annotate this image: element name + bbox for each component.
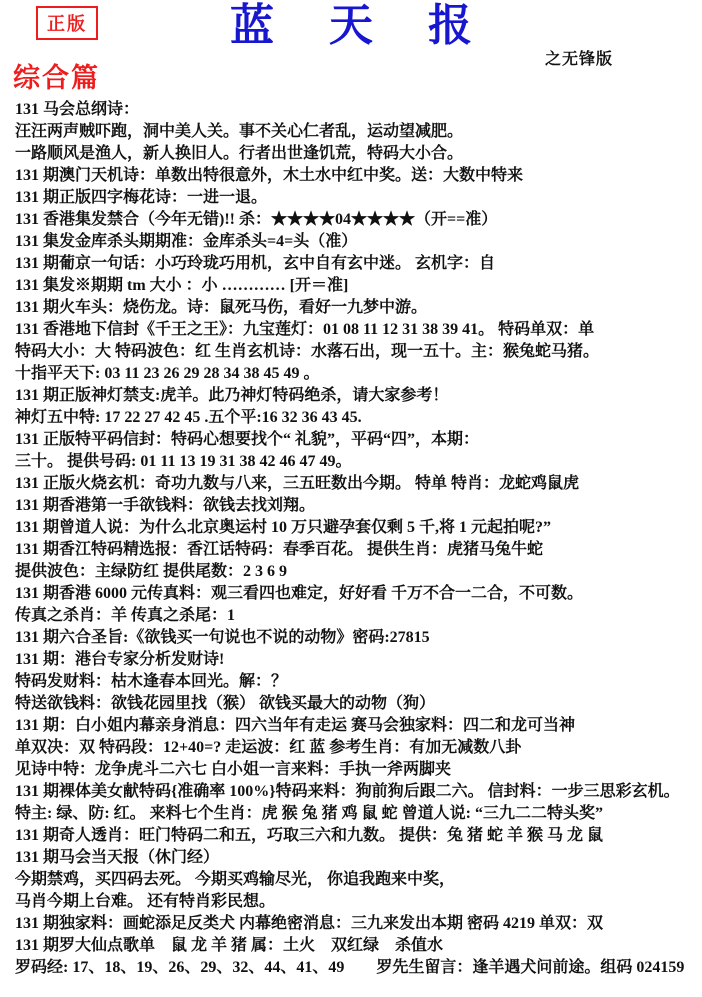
report-line: 三十。 提供号码: 01 11 13 19 31 38 42 46 47 49。	[15, 451, 698, 473]
report-line: 131 集发※期期 tm 大小 ：小 ………… [开＝准]	[15, 275, 698, 297]
report-line: 131 期正版神灯禁支:虎羊。此乃神灯特码绝杀，请大家参考！	[15, 385, 698, 407]
report-line: 131 期香江特码精选报：香江话特码：春季百花。 提供生肖：虎猪马兔牛蛇	[15, 539, 698, 561]
report-line: 131 期正版四字梅花诗：一进一退。	[15, 187, 698, 209]
report-line: 罗码经: 17、18、19、26、29、32、44、41、49 罗先生留言：逢羊…	[15, 957, 698, 979]
report-line: 今期禁鸡，买四码去死。 今期买鸡输尽光， 你追我跑来中奖，	[15, 869, 698, 891]
page-title: 蓝 天 报	[0, 0, 702, 52]
report-line: 特主: 绿、防: 红。 来料七个生肖：虎 猴 兔 猪 鸡 鼠 蛇 曾道人说: “…	[15, 803, 698, 825]
report-line: 131 期火车头：烧伤龙。诗：鼠死马伤，看好一九梦中游。	[15, 297, 698, 319]
report-line: 131 香港地下信封《千王之王》：九宝莲灯：01 08 11 12 31 38 …	[15, 319, 698, 341]
report-line: 131 马会总纲诗：	[15, 99, 698, 121]
report-line: 十指平天下: 03 11 23 26 29 28 34 38 45 49 。	[15, 363, 698, 385]
report-line: 131 期罗大仙点歌单 鼠 龙 羊 猪 属：土火 双红绿 杀值水	[15, 935, 698, 957]
report-line: 传真之杀肖：羊 传真之杀尾：1	[15, 605, 698, 627]
report-line: 131 期裸体美女献特码{准确率 100%}特码来料：狗前狗后跟二六。 信封料：…	[15, 781, 698, 803]
report-line: 一路顺风是渔人，新人换旧人。行者出世逢饥荒，特码大小合。	[15, 143, 698, 165]
report-line: 131 期独家料：画蛇添足反类犬 内幕绝密消息：三九来发出本期 密码 4219 …	[15, 913, 698, 935]
report-line: 131 期澳门天机诗：单数出特很意外，木土水中红中奖。送：大数中特来	[15, 165, 698, 187]
report-line: 131 期香港第一手欲钱料：欲钱去找刘翔。	[15, 495, 698, 517]
report-line: 见诗中特：龙争虎斗二六七 白小姐一言来料：手执一斧两脚夹	[15, 759, 698, 781]
report-line: 汪汪两声贼吓跑，洞中美人关。事不关心仁者乱，运动望减肥。	[15, 121, 698, 143]
report-line: 单双决：双 特码段：12+40=? 走运波：红 蓝 参考生肖：有加无减数八卦	[15, 737, 698, 759]
report-line: 提供波色：主绿防红 提供尾数：2 3 6 9	[15, 561, 698, 583]
report-line: 特码大小：大 特码波色：红 生肖玄机诗：水落石出，现一五十。主：猴兔蛇马猪。	[15, 341, 698, 363]
section-title: 综合篇	[13, 56, 100, 95]
report-line: 特送欲钱料：欲钱花园里找（猴） 欲钱买最大的动物（狗）	[15, 693, 698, 715]
report-line: 131 期：白小姐内幕亲身消息：四六当年有走运 赛马会独家料：四二和龙可当神	[15, 715, 698, 737]
report-line: 马肖今期上台难。 还有特肖彩民想。	[15, 891, 698, 913]
report-line: 131 期曾道人说：为什么北京奥运村 10 万只避孕套仅剩 5 千,将 1 元起…	[15, 517, 698, 539]
report-line: 131 期马会当天报（休门经）	[15, 847, 698, 869]
report-header: 正版 蓝 天 报 之无锋版 综合篇	[0, 0, 702, 100]
report-line: 131 期：港台专家分析发财诗!	[15, 649, 698, 671]
report-line: 特码发财料：枯木逢春本回光。解：？	[15, 671, 698, 693]
report-page: 正版 蓝 天 报 之无锋版 综合篇 131 马会总纲诗： 汪汪两声贼吓跑，洞中美…	[0, 0, 702, 997]
report-line: 131 期香港 6000 元传真料：观三看四也难定，好好看 千万不合一二合，不可…	[15, 583, 698, 605]
report-line: 131 集发金库杀头期期准：金库杀头=4=头（准）	[15, 231, 698, 253]
report-line: 131 期六合圣旨:《欲钱买一句说也不说的动物》密码:27815	[15, 627, 698, 649]
report-line: 131 期葡京一句话：小巧玲珑巧用机，玄中自有玄中迷。 玄机字：自	[15, 253, 698, 275]
report-line: 131 正版特平码信封：特码心想要找个“ 礼貌”，平码“四”，本期：	[15, 429, 698, 451]
report-line: 131 香港集发禁合（今年无错)!! 杀：★★★★04★★★★（开==准）	[15, 209, 698, 231]
report-line: 131 正版火烧玄机：奇功九数与八来，三五旺数出今期。 特单 特肖：龙蛇鸡鼠虎	[15, 473, 698, 495]
report-line: 131 期奇人透肖：旺门特码二和五，巧取三六和九数。 提供：兔 猪 蛇 羊 猴 …	[15, 825, 698, 847]
report-line: 神灯五中特: 17 22 27 42 45 .五个平:16 32 36 43 4…	[15, 407, 698, 429]
edition-label: 之无锋版	[545, 46, 613, 69]
report-body: 131 马会总纲诗： 汪汪两声贼吓跑，洞中美人关。事不关心仁者乱，运动望减肥。 …	[15, 99, 698, 979]
